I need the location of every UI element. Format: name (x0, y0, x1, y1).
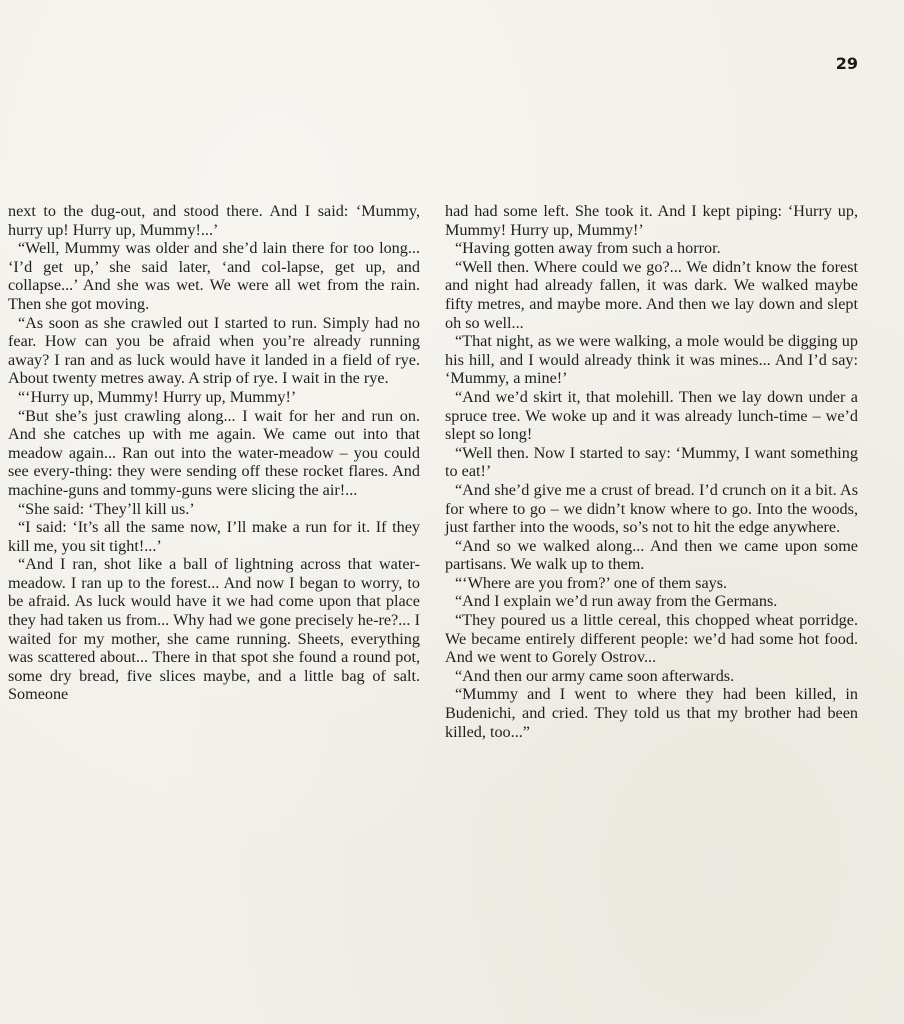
paragraph: “That night, as we were walking, a mole … (445, 332, 858, 388)
left-column: next to the dug-out, and stood there. An… (8, 202, 420, 704)
paragraph: “‘Where are you from?’ one of them says. (445, 574, 858, 593)
paragraph: “And so we walked along... And then we c… (445, 537, 858, 574)
paragraph: “They poured us a little cereal, this ch… (445, 611, 858, 667)
paragraph: “And she’d give me a crust of bread. I’d… (445, 481, 858, 537)
paragraph: “Well then. Now I started to say: ‘Mummy… (445, 444, 858, 481)
paragraph: “Well then. Where could we go?... We did… (445, 258, 858, 332)
paragraph: “And we’d skirt it, that molehill. Then … (445, 388, 858, 444)
page-number: 29 (836, 54, 858, 73)
paragraph: “Well, Mummy was older and she’d lain th… (8, 239, 420, 313)
paragraph: “She said: ‘They’ll kill us.’ (8, 500, 420, 519)
paragraph: “And I explain we’d run away from the Ge… (445, 592, 858, 611)
paragraph: next to the dug-out, and stood there. An… (8, 202, 420, 239)
paragraph: “Having gotten away from such a horror. (445, 239, 858, 258)
paragraph: “I said: ‘It’s all the same now, I’ll ma… (8, 518, 420, 555)
paragraph: “And I ran, shot like a ball of lightnin… (8, 555, 420, 704)
paragraph: “But she’s just crawling along... I wait… (8, 407, 420, 500)
paragraph: “As soon as she crawled out I started to… (8, 314, 420, 388)
book-page: 29 next to the dug-out, and stood there.… (0, 0, 904, 1024)
paragraph: had had some left. She took it. And I ke… (445, 202, 858, 239)
paragraph: “And then our army came soon afterwards. (445, 667, 858, 686)
paragraph: “‘Hurry up, Mummy! Hurry up, Mummy!’ (8, 388, 420, 407)
right-column: had had some left. She took it. And I ke… (445, 202, 858, 741)
paragraph: “Mummy and I went to where they had been… (445, 685, 858, 741)
